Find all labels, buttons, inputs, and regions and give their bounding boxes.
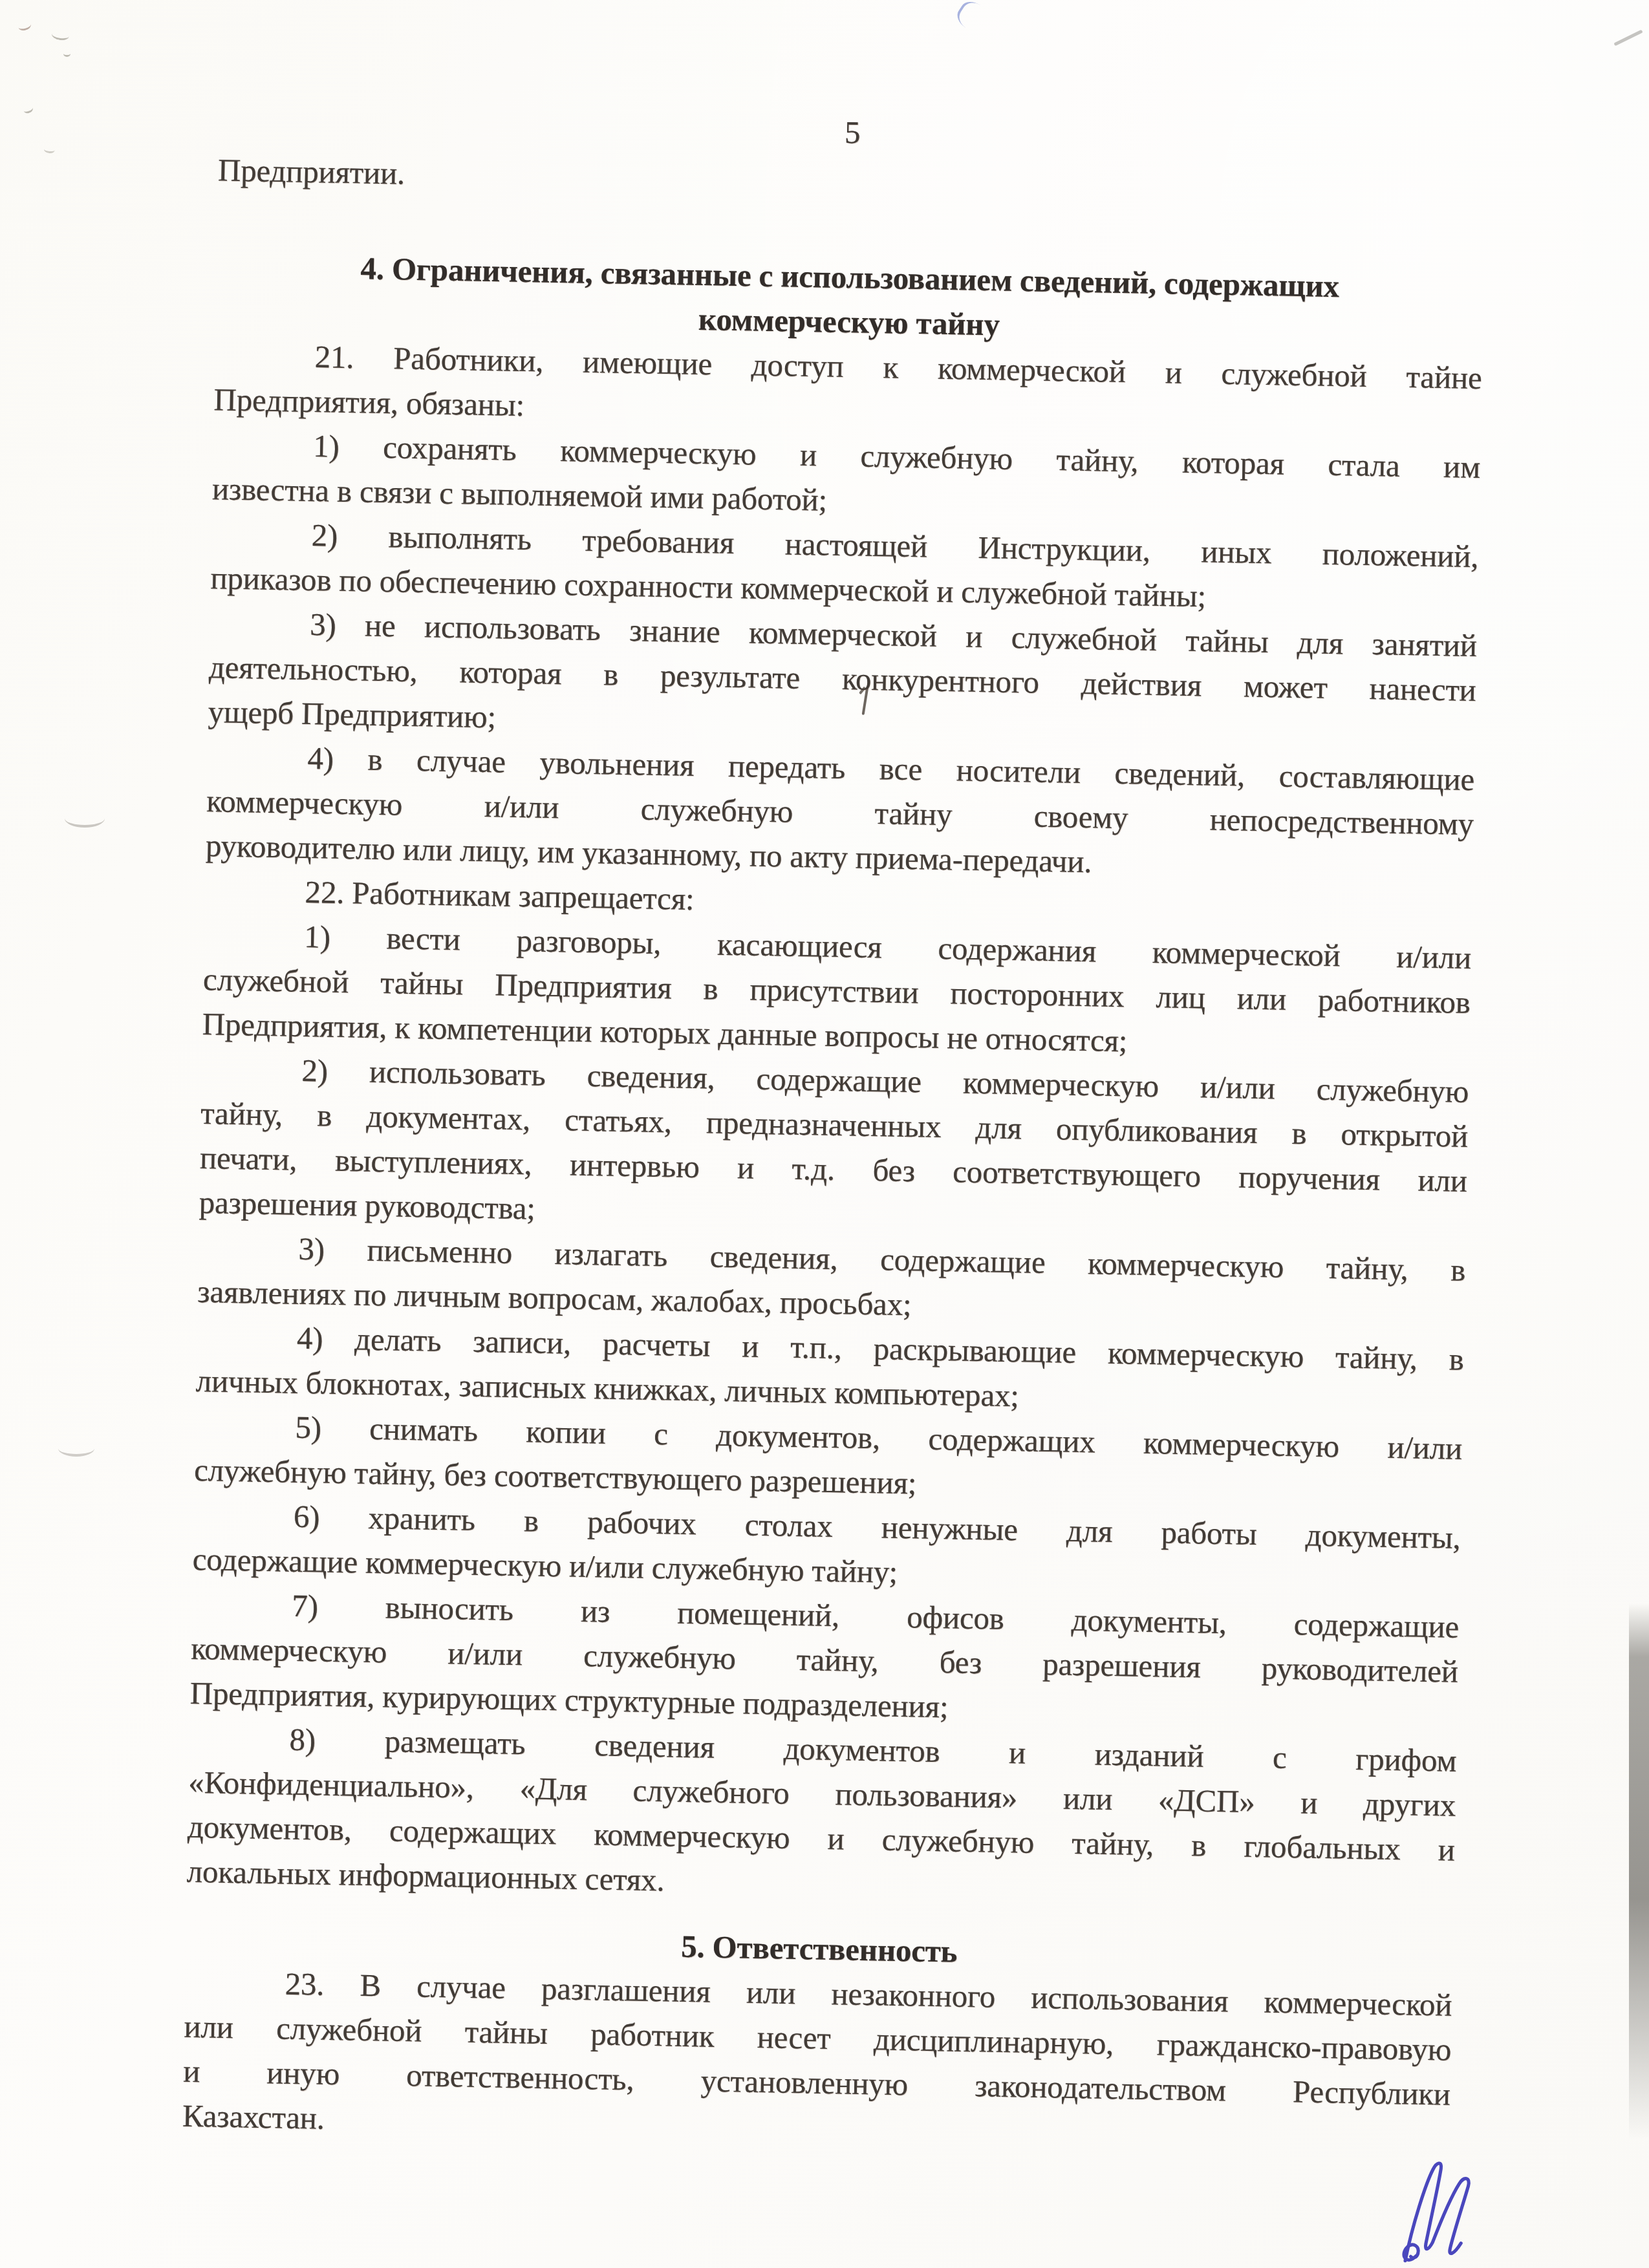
- paragraph: 2) использовать сведения, содержащие ком…: [199, 1046, 1469, 1248]
- paragraph: 23. В случае разглашения или незаконного…: [182, 1960, 1452, 2161]
- scan-speck: [44, 145, 56, 153]
- scan-speck: [51, 28, 70, 41]
- scanner-edge-shadow: [1629, 1603, 1649, 2140]
- document-body: 5Предприятии.4. Ограничения, связанные с…: [182, 98, 1486, 2161]
- scan-smudge: [1613, 30, 1643, 47]
- paragraph: 4) в случае увольнения передать все носи…: [205, 734, 1474, 891]
- paragraph: 3) не использовать знание коммерческой и…: [208, 600, 1477, 757]
- pencil-margin-mark: [65, 809, 105, 828]
- pen-stray-mark: [953, 0, 1000, 41]
- scanned-page: 5Предприятии.4. Ограничения, связанные с…: [0, 0, 1649, 2268]
- paragraph: 1) вести разговоры, касающиеся содержани…: [202, 912, 1471, 1069]
- paragraph: 7) выносить из помещений, офисов докумен…: [189, 1581, 1459, 1738]
- pencil-margin-mark: [58, 1440, 94, 1457]
- scan-speck: [22, 104, 34, 114]
- scan-speck: [63, 50, 70, 57]
- paragraph: 8) размещать сведения документов и издан…: [186, 1715, 1457, 1917]
- signature: [1389, 2153, 1509, 2268]
- scan-speck: [17, 20, 32, 32]
